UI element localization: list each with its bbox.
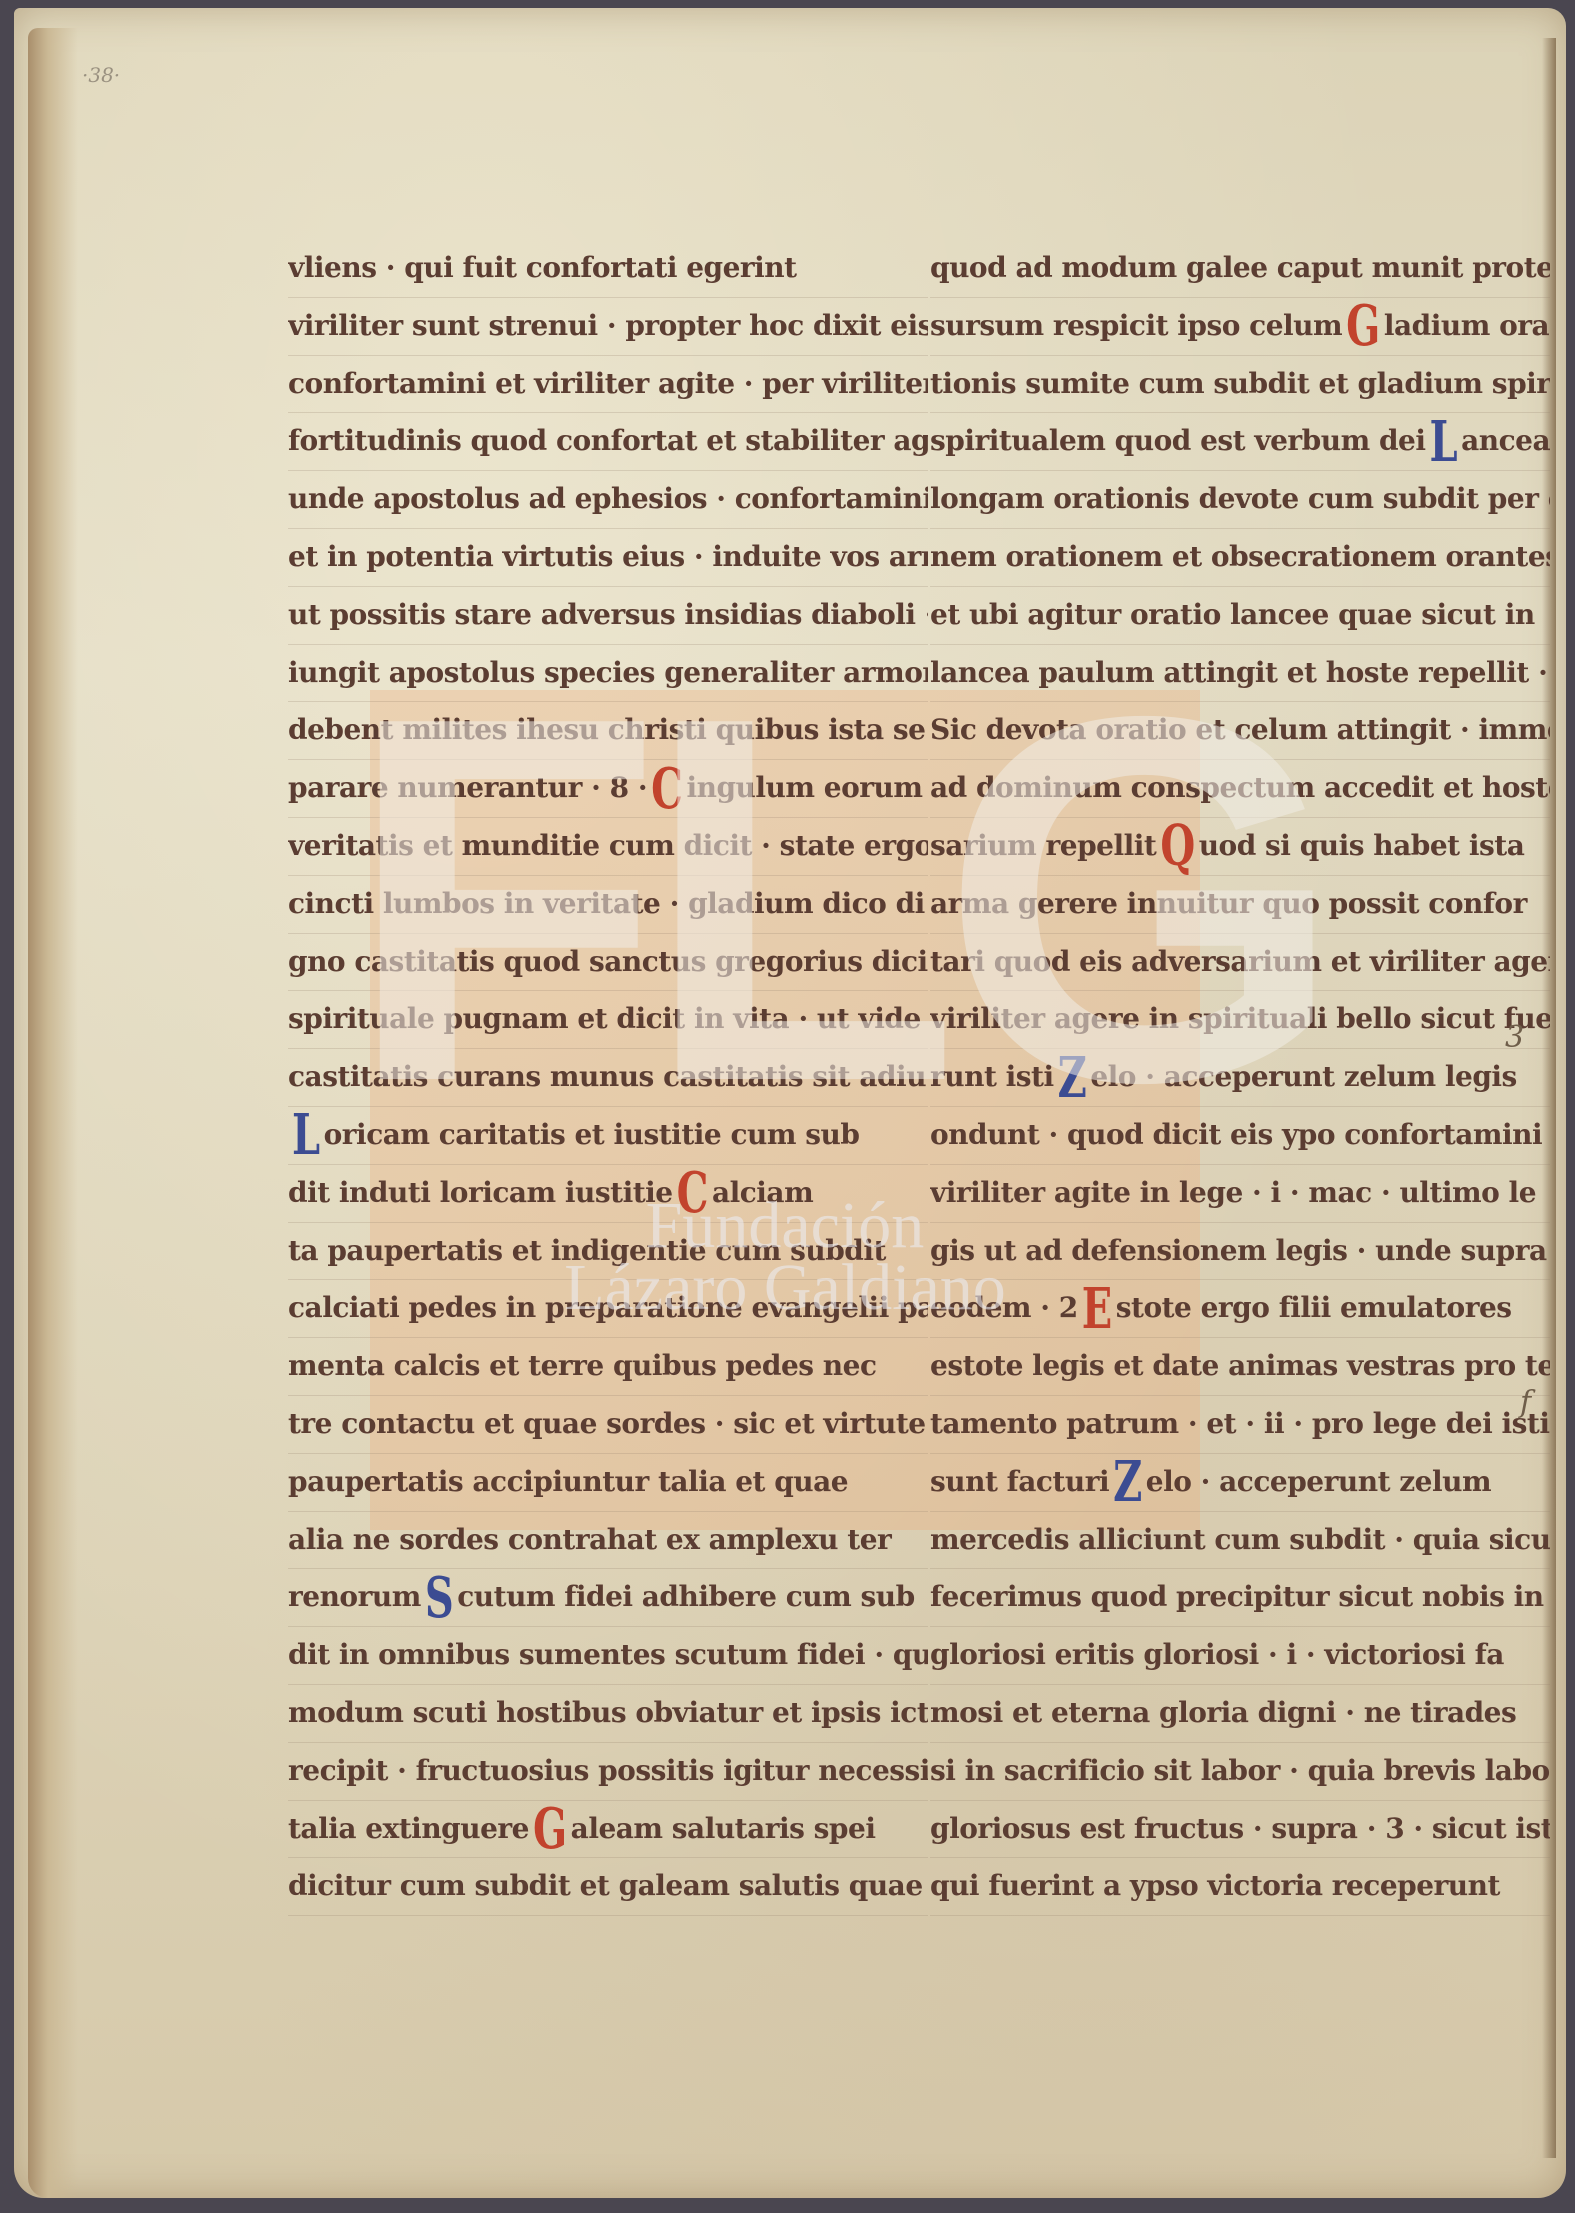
text-line: Sic devota oratio et celum attingit · im… bbox=[930, 702, 1550, 760]
text-line: mercedis alliciunt cum subdit · quia sic… bbox=[930, 1512, 1550, 1570]
text-line: debent milites ihesu christi quibus ista… bbox=[288, 702, 928, 760]
line-text: arma gerere innuitur quo possit confor bbox=[930, 887, 1527, 920]
rubricated-initial: G bbox=[1346, 299, 1380, 355]
margin-note-lower: f bbox=[1520, 1385, 1531, 1420]
line-text: si in sacrificio sit labor · quia brevis… bbox=[930, 1754, 1550, 1787]
line-text: quod ad modum galee caput munit protegit… bbox=[930, 251, 1550, 284]
line-text: dit in omnibus sumentes scutum fidei · q… bbox=[288, 1638, 928, 1671]
text-line: spirituale pugnam et dicit in vita · ut … bbox=[288, 991, 928, 1049]
text-line: ad dominum conspectum accedit et hostem … bbox=[930, 760, 1550, 818]
line-text: sursum respicit ipso celum bbox=[930, 309, 1342, 342]
text-line: parare numerantur · 8 ·Cingulum eorum bbox=[288, 760, 928, 818]
text-line: modum scuti hostibus obviatur et ipsis i… bbox=[288, 1685, 928, 1743]
line-text-after-initial: stote ergo filii emulatores bbox=[1116, 1291, 1512, 1324]
rubricated-initial: L bbox=[292, 1108, 320, 1164]
rubricated-initial: C bbox=[651, 762, 682, 818]
text-line: fortitudinis quod confortat et stabilite… bbox=[288, 413, 928, 471]
text-line: ta paupertatis et indigentie cum subdit bbox=[288, 1223, 928, 1281]
line-text: spiritualem quod est verbum dei bbox=[930, 424, 1426, 457]
text-line: vliens · qui fuit confortati egerint bbox=[288, 240, 928, 298]
line-text-after-initial: ancea lanceam bbox=[1461, 424, 1550, 457]
line-text-after-initial: cutum fidei adhibere cum sub bbox=[457, 1580, 914, 1613]
line-text: Sic devota oratio et celum attingit · im… bbox=[930, 713, 1550, 746]
text-line: talia extinguereGaleam salutaris spei bbox=[288, 1801, 928, 1859]
line-text: et in potentia virtutis eius · induite v… bbox=[288, 540, 928, 573]
rubricated-initial: G bbox=[533, 1802, 567, 1858]
line-text-after-initial: elo · acceperunt zelum bbox=[1146, 1465, 1491, 1498]
line-text: talia extinguere bbox=[288, 1812, 529, 1845]
rubricated-initial: C bbox=[677, 1166, 708, 1222]
line-text: runt isti bbox=[930, 1060, 1054, 1093]
line-text: tamento patrum · et · ii · pro lege dei … bbox=[930, 1407, 1549, 1440]
line-text: nem orationem et obsecrationem orantes o… bbox=[930, 540, 1550, 573]
text-line: longam orationis devote cum subdit per o… bbox=[930, 471, 1550, 529]
margin-note-upper: 3 bbox=[1505, 1020, 1524, 1055]
text-line: sarium repellitQuod si quis habet ista bbox=[930, 818, 1550, 876]
line-text: viriliter sunt strenui · propter hoc dix… bbox=[288, 309, 928, 342]
binding-gutter bbox=[28, 28, 78, 2198]
line-text-after-initial: oricam caritatis et iustitie cum sub bbox=[324, 1118, 860, 1151]
line-text: unde apostolus ad ephesios · confortamin… bbox=[288, 482, 928, 515]
text-line: runt istiZelo · acceperunt zelum legis bbox=[930, 1049, 1550, 1107]
line-text: sarium repellit bbox=[930, 829, 1156, 862]
text-line: calciati pedes in preparatione evangelii… bbox=[288, 1280, 928, 1338]
line-text: paupertatis accipiuntur talia et quae bbox=[288, 1465, 848, 1498]
folio-mark: ·38· bbox=[82, 63, 120, 87]
line-text: mosi et eterna gloria digni · ne tirades bbox=[930, 1696, 1516, 1729]
text-line: tamento patrum · et · ii · pro lege dei … bbox=[930, 1396, 1550, 1454]
line-text: fecerimus quod precipitur sicut nobis in… bbox=[930, 1580, 1550, 1613]
text-line: renorumScutum fidei adhibere cum sub bbox=[288, 1569, 928, 1627]
right-text-column: quod ad modum galee caput munit protegit… bbox=[930, 240, 1550, 1916]
text-line: veritatis et munditie cum dicit · state … bbox=[288, 818, 928, 876]
text-line: sursum respicit ipso celumGladium ora bbox=[930, 298, 1550, 356]
line-text: spirituale pugnam et dicit in vita · ut … bbox=[288, 1002, 921, 1035]
line-text: parare numerantur · 8 · bbox=[288, 771, 647, 804]
line-text-after-initial: aleam salutaris spei bbox=[571, 1812, 876, 1845]
line-text: lancea paulum attingit et hoste repellit… bbox=[930, 656, 1547, 689]
line-text-after-initial: uod si quis habet ista bbox=[1199, 829, 1525, 862]
line-text: qui fuerint a ypso victoria receperunt bbox=[930, 1869, 1500, 1902]
line-text: recipit · fructuosius possitis igitur ne… bbox=[288, 1754, 928, 1787]
line-text-after-initial: ingulum eorum bbox=[686, 771, 922, 804]
text-line: dit in omnibus sumentes scutum fidei · q… bbox=[288, 1627, 928, 1685]
line-text: tionis sumite cum subdit et gladium spir… bbox=[930, 367, 1550, 400]
text-line: qui fuerint a ypso victoria receperunt bbox=[930, 1858, 1550, 1916]
text-line: confortamini et viriliter agite · per vi… bbox=[288, 356, 928, 414]
line-text: calciati pedes in preparatione evangelii… bbox=[288, 1291, 928, 1324]
text-line: cincti lumbos in veritate · gladium dico… bbox=[288, 876, 928, 934]
text-line: ondunt · quod dicit eis ypo confortamini bbox=[930, 1107, 1550, 1165]
line-text: ut possitis stare adversus insidias diab… bbox=[288, 598, 928, 631]
line-text: dicitur cum subdit et galeam salutis qua… bbox=[288, 1869, 928, 1902]
line-text: ad dominum conspectum accedit et hostem … bbox=[930, 771, 1550, 804]
text-line: paupertatis accipiuntur talia et quae bbox=[288, 1454, 928, 1512]
line-text: gis ut ad defensionem legis · unde supra bbox=[930, 1234, 1547, 1267]
line-text: confortamini et viriliter agite · per vi… bbox=[288, 367, 928, 400]
text-line: dit induti loricam iustitieCalciam bbox=[288, 1165, 928, 1223]
text-line: gloriosi eritis gloriosi · i · victorios… bbox=[930, 1627, 1550, 1685]
line-text-after-initial: alciam bbox=[712, 1176, 813, 1209]
line-text: dit induti loricam iustitie bbox=[288, 1176, 673, 1209]
text-line: ut possitis stare adversus insidias diab… bbox=[288, 587, 928, 645]
text-line: nem orationem et obsecrationem orantes o… bbox=[930, 529, 1550, 587]
line-text: et ubi agitur oratio lancee quae sicut i… bbox=[930, 598, 1535, 631]
line-text: estote legis et date animas vestras pro … bbox=[930, 1349, 1550, 1382]
text-line: viriliter sunt strenui · propter hoc dix… bbox=[288, 298, 928, 356]
line-text: sunt facturi bbox=[930, 1465, 1109, 1498]
rubricated-initial: L bbox=[1430, 415, 1458, 471]
line-text: vliens · qui fuit confortati egerint bbox=[288, 251, 797, 284]
line-text: viriliter agite in lege · i · mac · ulti… bbox=[930, 1176, 1536, 1209]
line-text: menta calcis et terre quibus pedes nec bbox=[288, 1349, 877, 1382]
text-line: Loricam caritatis et iustitie cum sub bbox=[288, 1107, 928, 1165]
text-line: unde apostolus ad ephesios · confortamin… bbox=[288, 471, 928, 529]
rubricated-initial: E bbox=[1082, 1282, 1112, 1338]
line-text: tre contactu et quae sordes · sic et vir… bbox=[288, 1407, 926, 1440]
text-line: estote legis et date animas vestras pro … bbox=[930, 1338, 1550, 1396]
text-line: tari quod eis adversarium et viriliter a… bbox=[930, 934, 1550, 992]
line-text: ta paupertatis et indigentie cum subdit bbox=[288, 1234, 886, 1267]
text-line: mosi et eterna gloria digni · ne tirades bbox=[930, 1685, 1550, 1743]
text-line: dicitur cum subdit et galeam salutis qua… bbox=[288, 1858, 928, 1916]
text-line: eodem · 2Estote ergo filii emulatores bbox=[930, 1280, 1550, 1338]
text-line: recipit · fructuosius possitis igitur ne… bbox=[288, 1743, 928, 1801]
text-line: tre contactu et quae sordes · sic et vir… bbox=[288, 1396, 928, 1454]
line-text: cincti lumbos in veritate · gladium dico… bbox=[288, 887, 925, 920]
text-line: iungit apostolus species generaliter arm… bbox=[288, 645, 928, 703]
rubricated-initial: Q bbox=[1160, 819, 1194, 875]
line-text: castitatis curans munus castitatis sit a… bbox=[288, 1060, 926, 1093]
text-line: et ubi agitur oratio lancee quae sicut i… bbox=[930, 587, 1550, 645]
line-text: modum scuti hostibus obviatur et ipsis i… bbox=[288, 1696, 928, 1729]
text-line: castitatis curans munus castitatis sit a… bbox=[288, 1049, 928, 1107]
text-line: quod ad modum galee caput munit protegit… bbox=[930, 240, 1550, 298]
line-text: alia ne sordes contrahat ex amplexu ter bbox=[288, 1523, 891, 1556]
text-line: arma gerere innuitur quo possit confor bbox=[930, 876, 1550, 934]
text-line: viriliter agere in spirituali bello sicu… bbox=[930, 991, 1550, 1049]
rubricated-initial: Z bbox=[1058, 1051, 1087, 1107]
line-text: gno castitatis quod sanctus gregorius di… bbox=[288, 945, 928, 978]
text-line: et in potentia virtutis eius · induite v… bbox=[288, 529, 928, 587]
line-text: eodem · 2 bbox=[930, 1291, 1078, 1324]
text-line: spiritualem quod est verbum deiLancea la… bbox=[930, 413, 1550, 471]
text-line: si in sacrificio sit labor · quia brevis… bbox=[930, 1743, 1550, 1801]
left-text-column: vliens · qui fuit confortati egerintviri… bbox=[288, 240, 928, 1916]
line-text: longam orationis devote cum subdit per o… bbox=[930, 482, 1550, 515]
text-line: viriliter agite in lege · i · mac · ulti… bbox=[930, 1165, 1550, 1223]
text-line: tionis sumite cum subdit et gladium spir… bbox=[930, 356, 1550, 414]
line-text: tari quod eis adversarium et viriliter a… bbox=[930, 945, 1550, 978]
rubricated-initial: Z bbox=[1113, 1455, 1142, 1511]
text-line: gis ut ad defensionem legis · unde supra bbox=[930, 1223, 1550, 1281]
line-text: iungit apostolus species generaliter arm… bbox=[288, 656, 928, 689]
line-text: veritatis et munditie cum dicit · state … bbox=[288, 829, 928, 862]
text-line: lancea paulum attingit et hoste repellit… bbox=[930, 645, 1550, 703]
text-line: sunt facturiZelo · acceperunt zelum bbox=[930, 1454, 1550, 1512]
line-text: gloriosi eritis gloriosi · i · victorios… bbox=[930, 1638, 1504, 1671]
line-text: fortitudinis quod confortat et stabilite… bbox=[288, 424, 928, 457]
line-text-after-initial: elo · acceperunt zelum legis bbox=[1090, 1060, 1516, 1093]
text-line: menta calcis et terre quibus pedes nec bbox=[288, 1338, 928, 1396]
line-text: mercedis alliciunt cum subdit · quia sic… bbox=[930, 1523, 1550, 1556]
text-line: gno castitatis quod sanctus gregorius di… bbox=[288, 934, 928, 992]
line-text: gloriosus est fructus · supra · 3 · sicu… bbox=[930, 1812, 1550, 1845]
rubricated-initial: S bbox=[425, 1571, 453, 1627]
text-line: fecerimus quod precipitur sicut nobis in… bbox=[930, 1569, 1550, 1627]
line-text-after-initial: ladium ora bbox=[1384, 309, 1549, 342]
line-text: viriliter agere in spirituali bello sicu… bbox=[930, 1002, 1550, 1035]
text-line: gloriosus est fructus · supra · 3 · sicu… bbox=[930, 1801, 1550, 1859]
text-line: alia ne sordes contrahat ex amplexu ter bbox=[288, 1512, 928, 1570]
line-text: renorum bbox=[288, 1580, 421, 1613]
line-text: debent milites ihesu christi quibus ista… bbox=[288, 713, 928, 746]
line-text: ondunt · quod dicit eis ypo confortamini bbox=[930, 1118, 1542, 1151]
